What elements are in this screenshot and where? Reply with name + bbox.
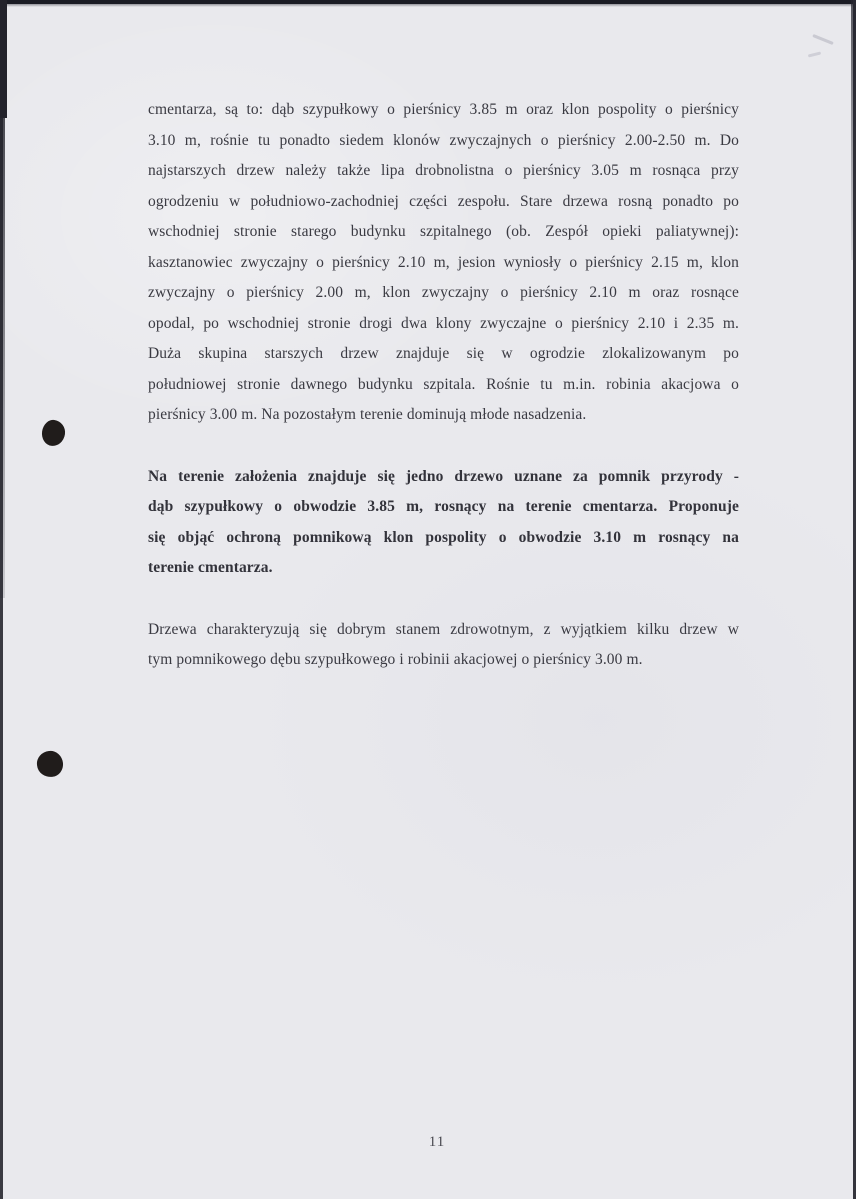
text-line: Drzewa charakteryzują się dobrym stanem … (148, 615, 739, 646)
text-line: kasztanowiec zwyczajny o pierśnicy 2.10 … (148, 248, 739, 279)
text-line: pierśnicy 3.00 m. Na pozostałym terenie … (148, 400, 739, 431)
text-line: terenie cmentarza. (148, 553, 739, 584)
text-line: Duża skupina starszych drzew znajduje si… (148, 339, 739, 370)
text-line: 3.10 m, rośnie tu ponadto siedem klonów … (148, 126, 739, 157)
scan-scratch-mark (812, 34, 834, 45)
scan-edge-left-corner (0, 0, 7, 118)
text-line: cmentarza, są to: dąb szypułkowy o pierś… (148, 95, 739, 126)
text-line: Na terenie założenia znajduje się jedno … (148, 462, 739, 493)
text-line: zwyczajny o pierśnicy 2.00 m, klon zwycz… (148, 278, 739, 309)
scanned-document-page: cmentarza, są to: dąb szypułkowy o pierś… (0, 0, 856, 1199)
text-line: najstarszych drzew należy także lipa dro… (148, 156, 739, 187)
page-number: 11 (148, 1134, 726, 1151)
hole-punch-mark-2 (36, 750, 65, 779)
text-line: opodal, po wschodniej stronie drogi dwa … (148, 309, 739, 340)
text-line: ogrodzeniu w południowo-zachodniej częśc… (148, 187, 739, 218)
text-line: dąb szypułkowy o obwodzie 3.85 m, rosnąc… (148, 492, 739, 523)
paragraph-monument-proposal: Na terenie założenia znajduje się jedno … (148, 462, 739, 584)
text-line: wschodniej stronie starego budynku szpit… (148, 217, 739, 248)
paragraph-trees-description: cmentarza, są to: dąb szypułkowy o pierś… (148, 95, 739, 431)
scan-edge-left-upper (0, 118, 5, 598)
document-text-block: cmentarza, są to: dąb szypułkowy o pierś… (148, 95, 739, 676)
scan-edge-top-fade (0, 4, 856, 7)
paragraph-health-condition: Drzewa charakteryzują się dobrym stanem … (148, 615, 739, 676)
text-line: południowej stronie dawnego budynku szpi… (148, 370, 739, 401)
hole-punch-mark-1 (40, 419, 66, 448)
scan-edge-right-upper (851, 0, 856, 260)
scan-scratch-mark (808, 51, 821, 57)
text-line: się objąć ochroną pomnikową klon pospoli… (148, 523, 739, 554)
text-line: tym pomnikowego dębu szypułkowego i robi… (148, 645, 739, 676)
